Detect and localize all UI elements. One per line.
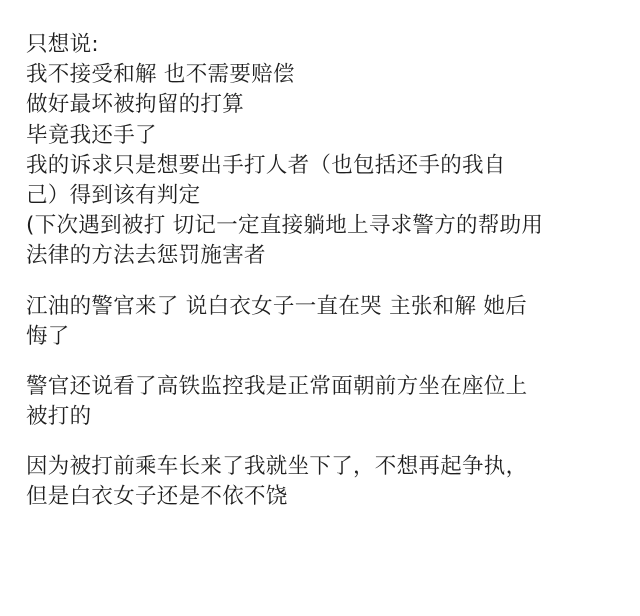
text-line: 警官还说看了高铁监控我是正常面朝前方坐在座位上 (26, 372, 626, 402)
text-line: 悔了 (26, 322, 626, 352)
paragraph-spacer (26, 272, 626, 292)
post-text: 只想说: 我不接受和解 也不需要赔偿 做好最坏被拘留的打算 毕竟我还手了 我的诉… (26, 30, 626, 513)
text-line: 做好最坏被拘留的打算 (26, 90, 626, 120)
text-line: 江油的警官来了 说白衣女子一直在哭 主张和解 她后 (26, 292, 626, 322)
text-line: 己）得到该有判定 (26, 181, 626, 211)
text-line: 因为被打前乘车长来了我就坐下了，不想再起争执， (26, 452, 626, 482)
text-line: 我不接受和解 也不需要赔偿 (26, 60, 626, 90)
paragraph-spacer (26, 352, 626, 372)
paragraph-police-arrival: 江油的警官来了 说白衣女子一直在哭 主张和解 她后 悔了 (26, 292, 626, 352)
text-line: 法律的方法去惩罚施害者 (26, 241, 626, 271)
text-line: 但是白衣女子还是不依不饶 (26, 482, 626, 512)
text-line: 毕竟我还手了 (26, 121, 626, 151)
text-line: 被打的 (26, 402, 626, 432)
paragraph-spacer (26, 432, 626, 452)
text-line: 只想说: (26, 30, 626, 60)
paragraph-surveillance: 警官还说看了高铁监控我是正常面朝前方坐在座位上 被打的 (26, 372, 626, 432)
text-line: 我的诉求只是想要出手打人者（也包括还手的我自 (26, 151, 626, 181)
paragraph-statement: 只想说: 我不接受和解 也不需要赔偿 做好最坏被拘留的打算 毕竟我还手了 我的诉… (26, 30, 626, 272)
paragraph-context: 因为被打前乘车长来了我就坐下了，不想再起争执， 但是白衣女子还是不依不饶 (26, 452, 626, 512)
text-line: (下次遇到被打 切记一定直接躺地上寻求警方的帮助用 (26, 211, 626, 241)
